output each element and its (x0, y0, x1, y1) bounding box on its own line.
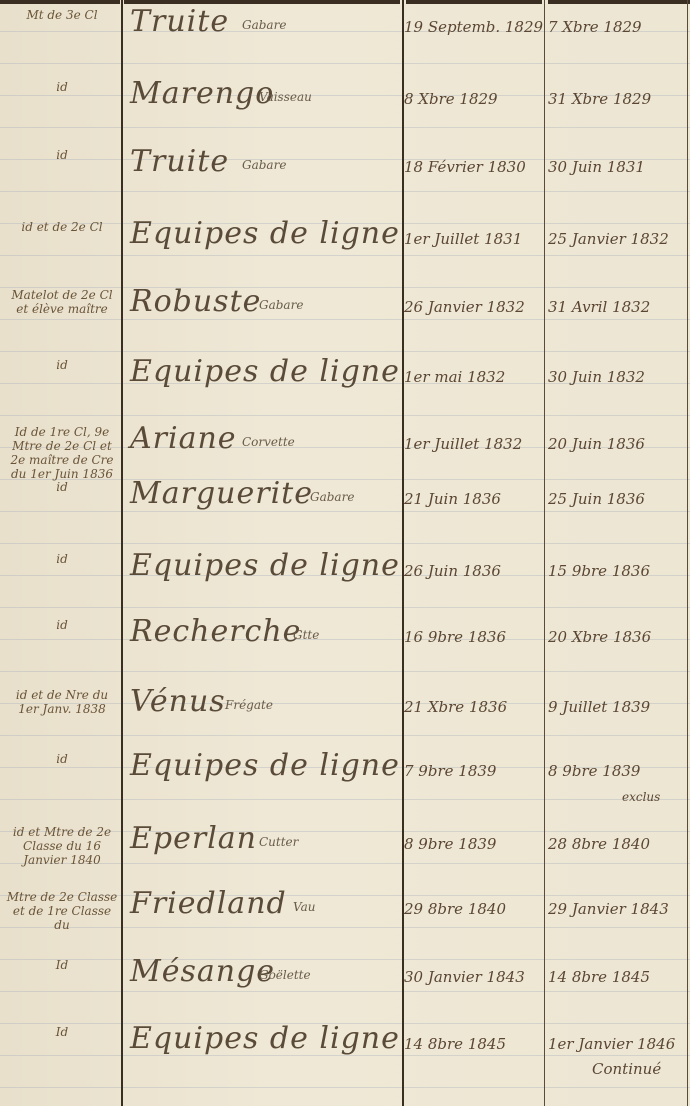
column-divider (687, 0, 688, 1106)
rank-cell: Matelot de 2e Cl et élève maître (4, 288, 120, 316)
date-from-cell: 19 Septemb. 1829 (404, 18, 543, 36)
rank-cell: id (4, 618, 120, 632)
date-to-cell: 29 Janvier 1843 (548, 900, 669, 918)
ship-name-cell: Equipes de ligne (130, 352, 400, 392)
rank-cell: id (4, 80, 120, 94)
ship-name-cell: Marengo (130, 74, 274, 114)
ship-name-cell: Equipes de ligne (130, 214, 400, 254)
ship-type-cell: Gabare (242, 158, 286, 172)
date-from-cell: 21 Xbre 1836 (404, 698, 507, 716)
ship-type-cell: Cutter (259, 835, 298, 849)
ledger-page: Mt de 3e ClTruiteGabare19 Septemb. 18297… (0, 0, 690, 1106)
header-rule (406, 0, 542, 4)
column-divider (544, 0, 545, 1106)
date-from-cell: 30 Janvier 1843 (404, 968, 525, 986)
header-rule (548, 0, 690, 4)
ship-type-cell: Vaisseau (259, 90, 312, 104)
ship-type-cell: Gabare (242, 18, 286, 32)
date-to-cell: 28 8bre 1840 (548, 835, 650, 853)
header-rule (0, 0, 120, 4)
note-exclus: exclus (622, 790, 660, 804)
date-from-cell: 21 Juin 1836 (404, 490, 501, 508)
rank-cell: id et de 2e Cl (4, 220, 120, 234)
date-to-cell: 15 9bre 1836 (548, 562, 650, 580)
date-to-cell: 8 9bre 1839 (548, 762, 640, 780)
date-to-cell: 14 8bre 1845 (548, 968, 650, 986)
rank-cell: Id (4, 958, 120, 972)
date-to-cell: 31 Xbre 1829 (548, 90, 651, 108)
column-divider (121, 0, 123, 1106)
ship-name-cell: Truite (130, 2, 229, 42)
ship-name-cell: Equipes de ligne (130, 1019, 400, 1059)
date-from-cell: 18 Février 1830 (404, 158, 526, 176)
ship-name-cell: Truite (130, 142, 229, 182)
ship-type-cell: Goëlette (259, 968, 311, 982)
date-from-cell: 1er Juillet 1832 (404, 435, 522, 453)
date-to-cell: 25 Janvier 1832 (548, 230, 669, 248)
ship-name-cell: Ariane (130, 419, 237, 459)
ship-name-cell: Vénus (130, 682, 226, 722)
note-continue: Continué (592, 1060, 661, 1078)
rank-cell: Id de 1re Cl, 9e Mtre de 2e Cl et 2e maî… (4, 425, 120, 481)
date-from-cell: 1er mai 1832 (404, 368, 505, 386)
date-from-cell: 1er Juillet 1831 (404, 230, 522, 248)
ship-type-cell: Gabare (259, 298, 303, 312)
date-from-cell: 29 8bre 1840 (404, 900, 506, 918)
date-from-cell: 7 9bre 1839 (404, 762, 496, 780)
ship-name-cell: Marguerite (130, 474, 313, 514)
date-to-cell: 20 Juin 1836 (548, 435, 645, 453)
ship-name-cell: Robuste (130, 282, 261, 322)
date-from-cell: 26 Juin 1836 (404, 562, 501, 580)
rank-cell: Mt de 3e Cl (4, 8, 120, 22)
rank-cell: id (4, 552, 120, 566)
ship-name-cell: Equipes de ligne (130, 546, 400, 586)
ship-type-cell: Corvette (242, 435, 295, 449)
date-to-cell: 30 Juin 1831 (548, 158, 645, 176)
ship-name-cell: Mésange (130, 952, 275, 992)
date-from-cell: 8 Xbre 1829 (404, 90, 498, 108)
date-to-cell: 9 Juillet 1839 (548, 698, 650, 716)
date-to-cell: 7 Xbre 1829 (548, 18, 642, 36)
ship-name-cell: Friedland (130, 884, 287, 924)
ship-name-cell: Recherche (130, 612, 301, 652)
date-to-cell: 20 Xbre 1836 (548, 628, 651, 646)
rank-cell: Id (4, 1025, 120, 1039)
ship-type-cell: Gabare (310, 490, 354, 504)
rank-cell: id (4, 480, 120, 494)
rank-cell: id (4, 148, 120, 162)
date-from-cell: 8 9bre 1839 (404, 835, 496, 853)
date-to-cell: 30 Juin 1832 (548, 368, 645, 386)
rank-cell: Mtre de 2e Classe et de 1re Classe du (4, 890, 120, 932)
date-to-cell: 1er Janvier 1846 (548, 1035, 675, 1053)
date-from-cell: 16 9bre 1836 (404, 628, 506, 646)
date-to-cell: 31 Avril 1832 (548, 298, 650, 316)
ship-name-cell: Equipes de ligne (130, 746, 400, 786)
rank-cell: id et de Nre du 1er Janv. 1838 (4, 688, 120, 716)
ship-type-cell: Gtte (293, 628, 319, 642)
date-to-cell: 25 Juin 1836 (548, 490, 645, 508)
date-from-cell: 14 8bre 1845 (404, 1035, 506, 1053)
ship-name-cell: Eperlan (130, 819, 257, 859)
date-from-cell: 26 Janvier 1832 (404, 298, 525, 316)
rank-cell: id (4, 358, 120, 372)
ship-type-cell: Frégate (225, 698, 273, 712)
rank-cell: id (4, 752, 120, 766)
ship-type-cell: Vau (293, 900, 315, 914)
rank-cell: id et Mtre de 2e Classe du 16 Janvier 18… (4, 825, 120, 867)
